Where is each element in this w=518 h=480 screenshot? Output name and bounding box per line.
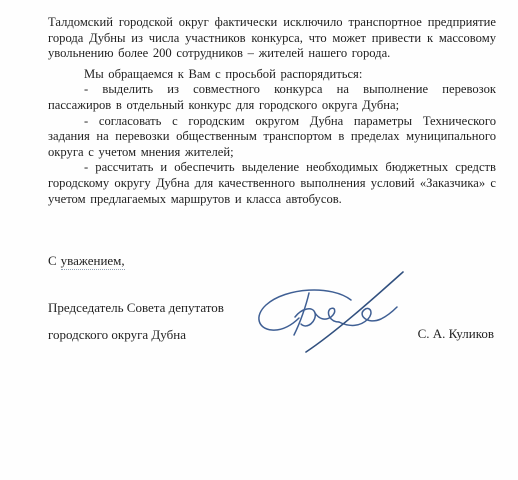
body-paragraph: Мы обращаемся к Вам с просьбой распоряди… (48, 67, 496, 83)
body-paragraph: Талдомский городской округ фактически ис… (48, 15, 496, 62)
letter-page: Талдомский городской округ фактически ис… (0, 0, 518, 480)
closing-salutation: Суважением, (48, 253, 496, 269)
closing-underlined-word: уважением, (61, 253, 125, 270)
body-paragraph-list-item: - согласовать с городским округом Дубна … (48, 114, 496, 161)
signer-name: С. А. Куликов (418, 321, 494, 348)
body-paragraph-list-item: - выделить из совместного конкурса на вы… (48, 82, 496, 113)
signature-block: Председатель Совета депутатов городского… (48, 295, 496, 375)
signer-title-line1: Председатель Совета депутатов (48, 295, 496, 322)
body-paragraph-list-item: - рассчитать и обеспечить выделение необ… (48, 160, 496, 207)
closing-prefix: С (48, 253, 57, 268)
